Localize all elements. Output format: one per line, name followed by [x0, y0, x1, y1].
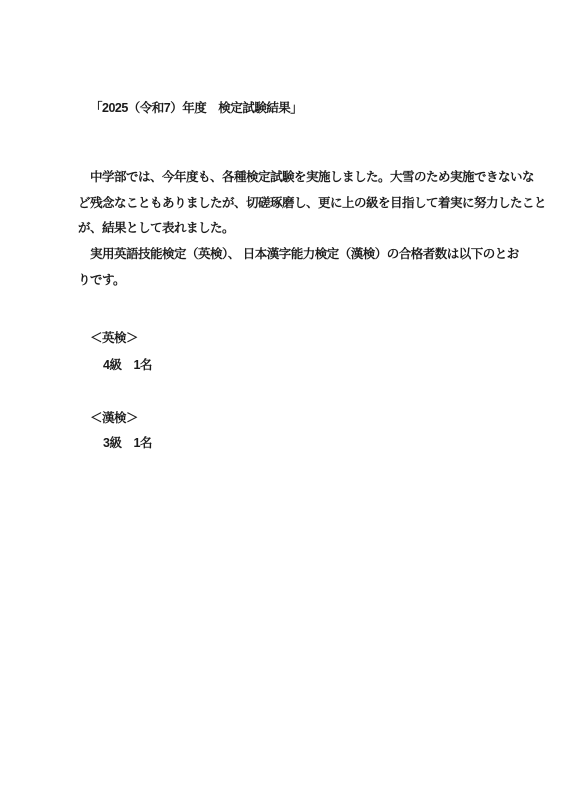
- document-page: 「2025（令和7）年度 検定試験結果」 中学部では、今年度も、各種検定試験を実…: [0, 0, 566, 800]
- section-heading-eiken: ＜英検＞: [90, 326, 138, 352]
- paragraph-line-1: 中学部では、今年度も、各種検定試験を実施しました。大雪のため実施できないな: [78, 165, 546, 191]
- paragraph-line-3: が、結果として表れました。: [78, 216, 546, 242]
- section-result-eiken: 4級 1名: [103, 353, 152, 379]
- paragraph-line-4: 実用英語技能検定（英検）、 日本漢字能力検定（漢検）の合格者数は以下のとお: [78, 242, 546, 268]
- section-heading-kanken: ＜漢検＞: [90, 406, 138, 432]
- paragraph-line-2: ど残念なこともありましたが、切磋琢磨し、更に上の級を目指して着実に努力したこと: [78, 191, 546, 217]
- document-title: 「2025（令和7）年度 検定試験結果」: [90, 96, 302, 122]
- section-result-kanken: 3級 1名: [103, 431, 152, 457]
- body-paragraph: 中学部では、今年度も、各種検定試験を実施しました。大雪のため実施できないな ど残…: [78, 165, 546, 294]
- paragraph-line-5: りです。: [78, 268, 546, 294]
